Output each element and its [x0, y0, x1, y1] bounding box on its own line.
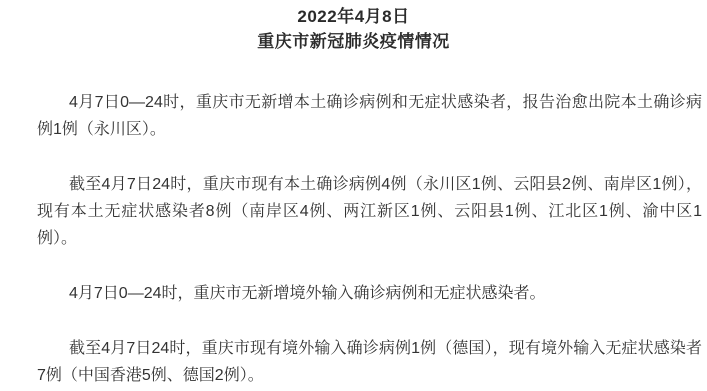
paragraph-existing-local-cases: 截至4月7日24时，重庆市现有本土确诊病例4例（永川区1例、云阳县2例、南岸区1… — [37, 171, 702, 252]
paragraph-new-imported-cases: 4月7日0—24时，重庆市无新增境外输入确诊病例和无症状感染者。 — [37, 280, 702, 307]
epidemic-report-document: 2022年4月8日 重庆市新冠肺炎疫情情况 4月7日0—24时，重庆市无新增本土… — [0, 0, 707, 391]
paragraph-new-local-cases: 4月7日0—24时，重庆市无新增本土确诊病例和无症状感染者，报告治愈出院本土确诊… — [37, 89, 702, 143]
paragraph-existing-imported-cases: 截至4月7日24时，重庆市现有境外输入确诊病例1例（德国），现有境外输入无症状感… — [37, 335, 702, 389]
report-date-title: 2022年4月8日 — [5, 4, 702, 29]
report-subtitle: 重庆市新冠肺炎疫情情况 — [5, 29, 702, 54]
report-body: 4月7日0—24时，重庆市无新增本土确诊病例和无症状感染者，报告治愈出院本土确诊… — [5, 89, 702, 389]
